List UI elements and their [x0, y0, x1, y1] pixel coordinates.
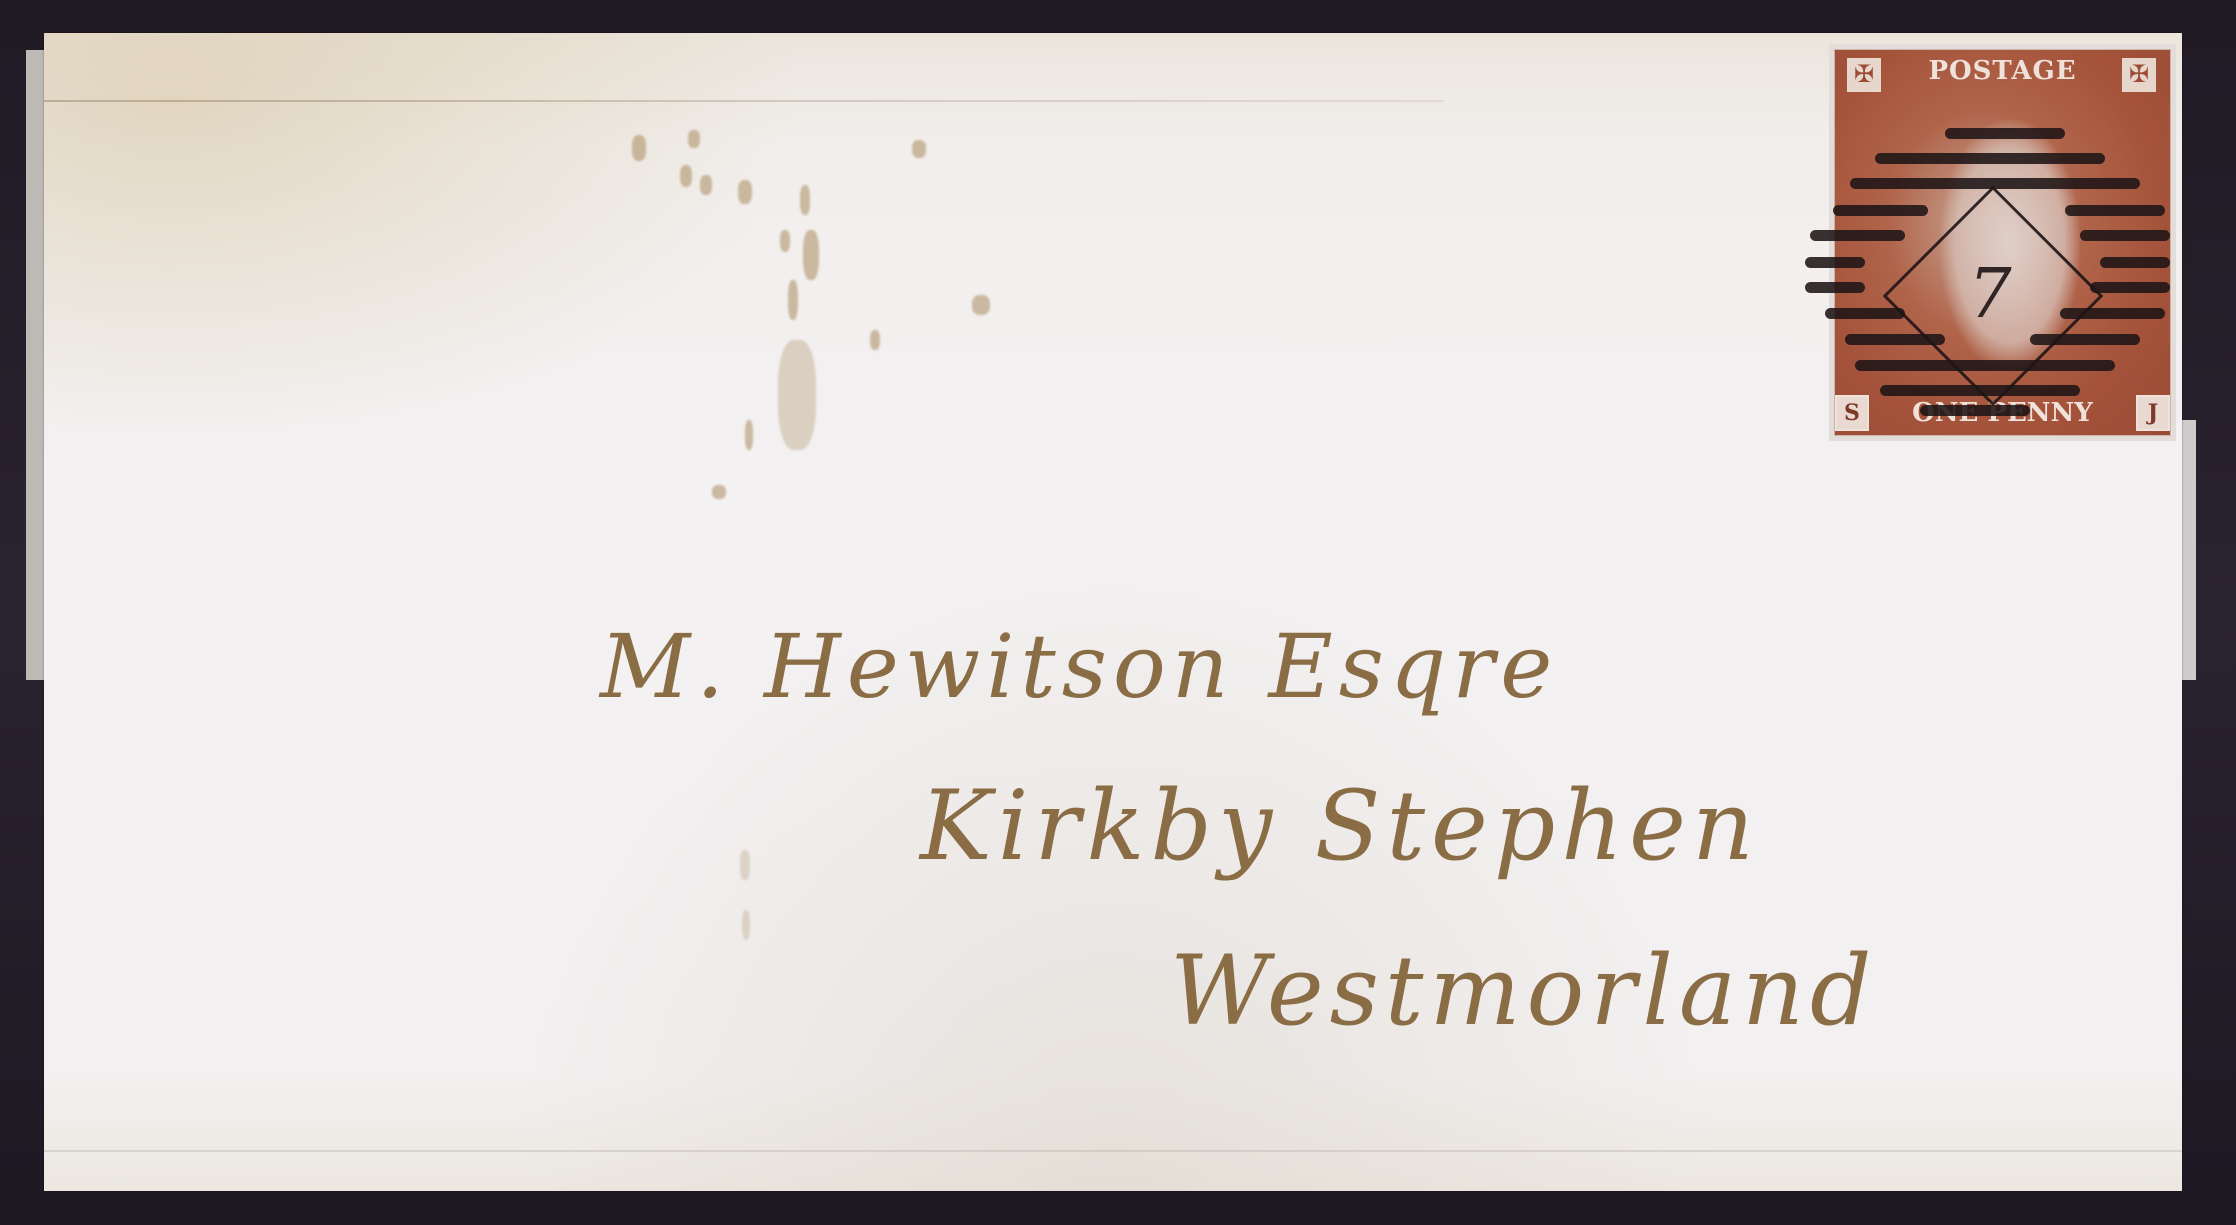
cancellation-bar: [1945, 128, 2065, 139]
foxing-stain: [740, 850, 750, 880]
underlying-sheet-edge-right: [2180, 420, 2196, 680]
foxing-stain: [788, 280, 798, 320]
foxing-stain: [688, 130, 700, 148]
bottom-fold-crease: [44, 1150, 2182, 1152]
foxing-stain: [912, 140, 926, 158]
cancellation-bar: [1825, 308, 1905, 319]
cancellation-bar: [2065, 205, 2165, 216]
stamp-postage-label: POSTAGE: [1835, 56, 2170, 86]
foxing-stain: [738, 180, 752, 204]
address-line-name: M. Hewitson Esqre: [600, 615, 1558, 718]
address-line-county: Westmorland: [1170, 935, 1877, 1047]
corner-letter-right: J: [2136, 395, 2170, 431]
address-line-town: Kirkby Stephen: [920, 770, 1760, 882]
foxing-stain: [778, 340, 816, 450]
cancellation-bar: [1805, 257, 1865, 268]
foxing-stain: [745, 420, 753, 450]
cancellation-bar: [2090, 282, 2170, 293]
foxing-stain: [632, 135, 646, 161]
foxing-stain: [803, 230, 819, 280]
penny-red-stamp: ✠ ✠ POSTAGE S ONE PENNY J 7: [1835, 50, 2170, 435]
foxing-stain: [700, 175, 712, 195]
cancellation-bar: [1920, 405, 2030, 416]
cancellation-bar: [2100, 257, 2170, 268]
foxing-stain: [972, 295, 990, 315]
foxing-stain: [800, 185, 810, 215]
cancellation-number: 7: [1960, 255, 2020, 334]
foxing-stain: [712, 485, 726, 499]
foxing-stain: [780, 230, 790, 252]
cancellation-bar: [1810, 230, 1905, 241]
corner-letter-left: S: [1835, 395, 1869, 431]
foxing-stain: [742, 910, 750, 940]
foxing-stain: [870, 330, 880, 350]
foxing-stain: [680, 165, 692, 187]
cancellation-bar: [1833, 205, 1928, 216]
cancellation-bar: [1805, 282, 1865, 293]
cancellation-bar: [2080, 230, 2170, 241]
top-fold-crease: [44, 100, 1444, 102]
cancellation-bar: [1875, 153, 2105, 164]
